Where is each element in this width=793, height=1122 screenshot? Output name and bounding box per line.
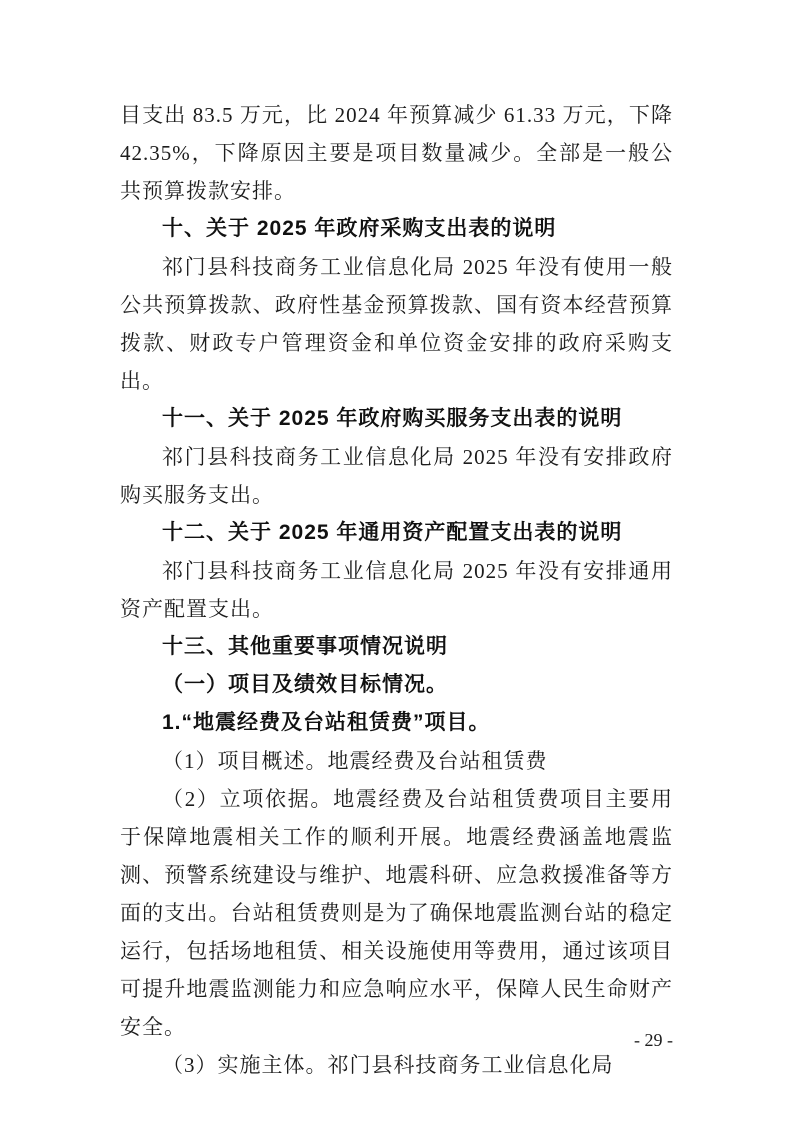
heading-section-11-gov-purchased-services: 十一、关于 2025 年政府购买服务支出表的说明 xyxy=(120,400,673,438)
paragraph-project-basis: （2）立项依据。地震经费及台站租赁费项目主要用于保障地震相关工作的顺利开展。地震… xyxy=(120,780,673,1046)
paragraph-gov-procurement: 祁门县科技商务工业信息化局 2025 年没有使用一般公共预算拨款、政府性基金预算… xyxy=(120,248,673,400)
paragraph-gov-purchased-services: 祁门县科技商务工业信息化局 2025 年没有安排政府购买服务支出。 xyxy=(120,438,673,514)
heading-project-earthquake-fund: 1.“地震经费及台站租赁费”项目。 xyxy=(120,704,673,742)
document-page: 目支出 83.5 万元，比 2024 年预算减少 61.33 万元，下降 42.… xyxy=(0,0,793,1122)
paragraph-general-asset-allocation: 祁门县科技商务工业信息化局 2025 年没有安排通用资产配置支出。 xyxy=(120,552,673,628)
paragraph-project-overview: （1）项目概述。地震经费及台站租赁费 xyxy=(120,742,673,780)
paragraph-project-expense-continuation: 目支出 83.5 万元，比 2024 年预算减少 61.33 万元，下降 42.… xyxy=(120,96,673,210)
page-number: - 29 - xyxy=(120,1026,673,1054)
heading-section-13-other-important-matters: 十三、其他重要事项情况说明 xyxy=(120,628,673,666)
heading-section-12-general-asset-allocation: 十二、关于 2025 年通用资产配置支出表的说明 xyxy=(120,514,673,552)
heading-subsection-1-project-performance: （一）项目及绩效目标情况。 xyxy=(120,666,673,704)
document-content: 目支出 83.5 万元，比 2024 年预算减少 61.33 万元，下降 42.… xyxy=(120,96,673,1084)
heading-section-10-gov-procurement: 十、关于 2025 年政府采购支出表的说明 xyxy=(120,210,673,248)
